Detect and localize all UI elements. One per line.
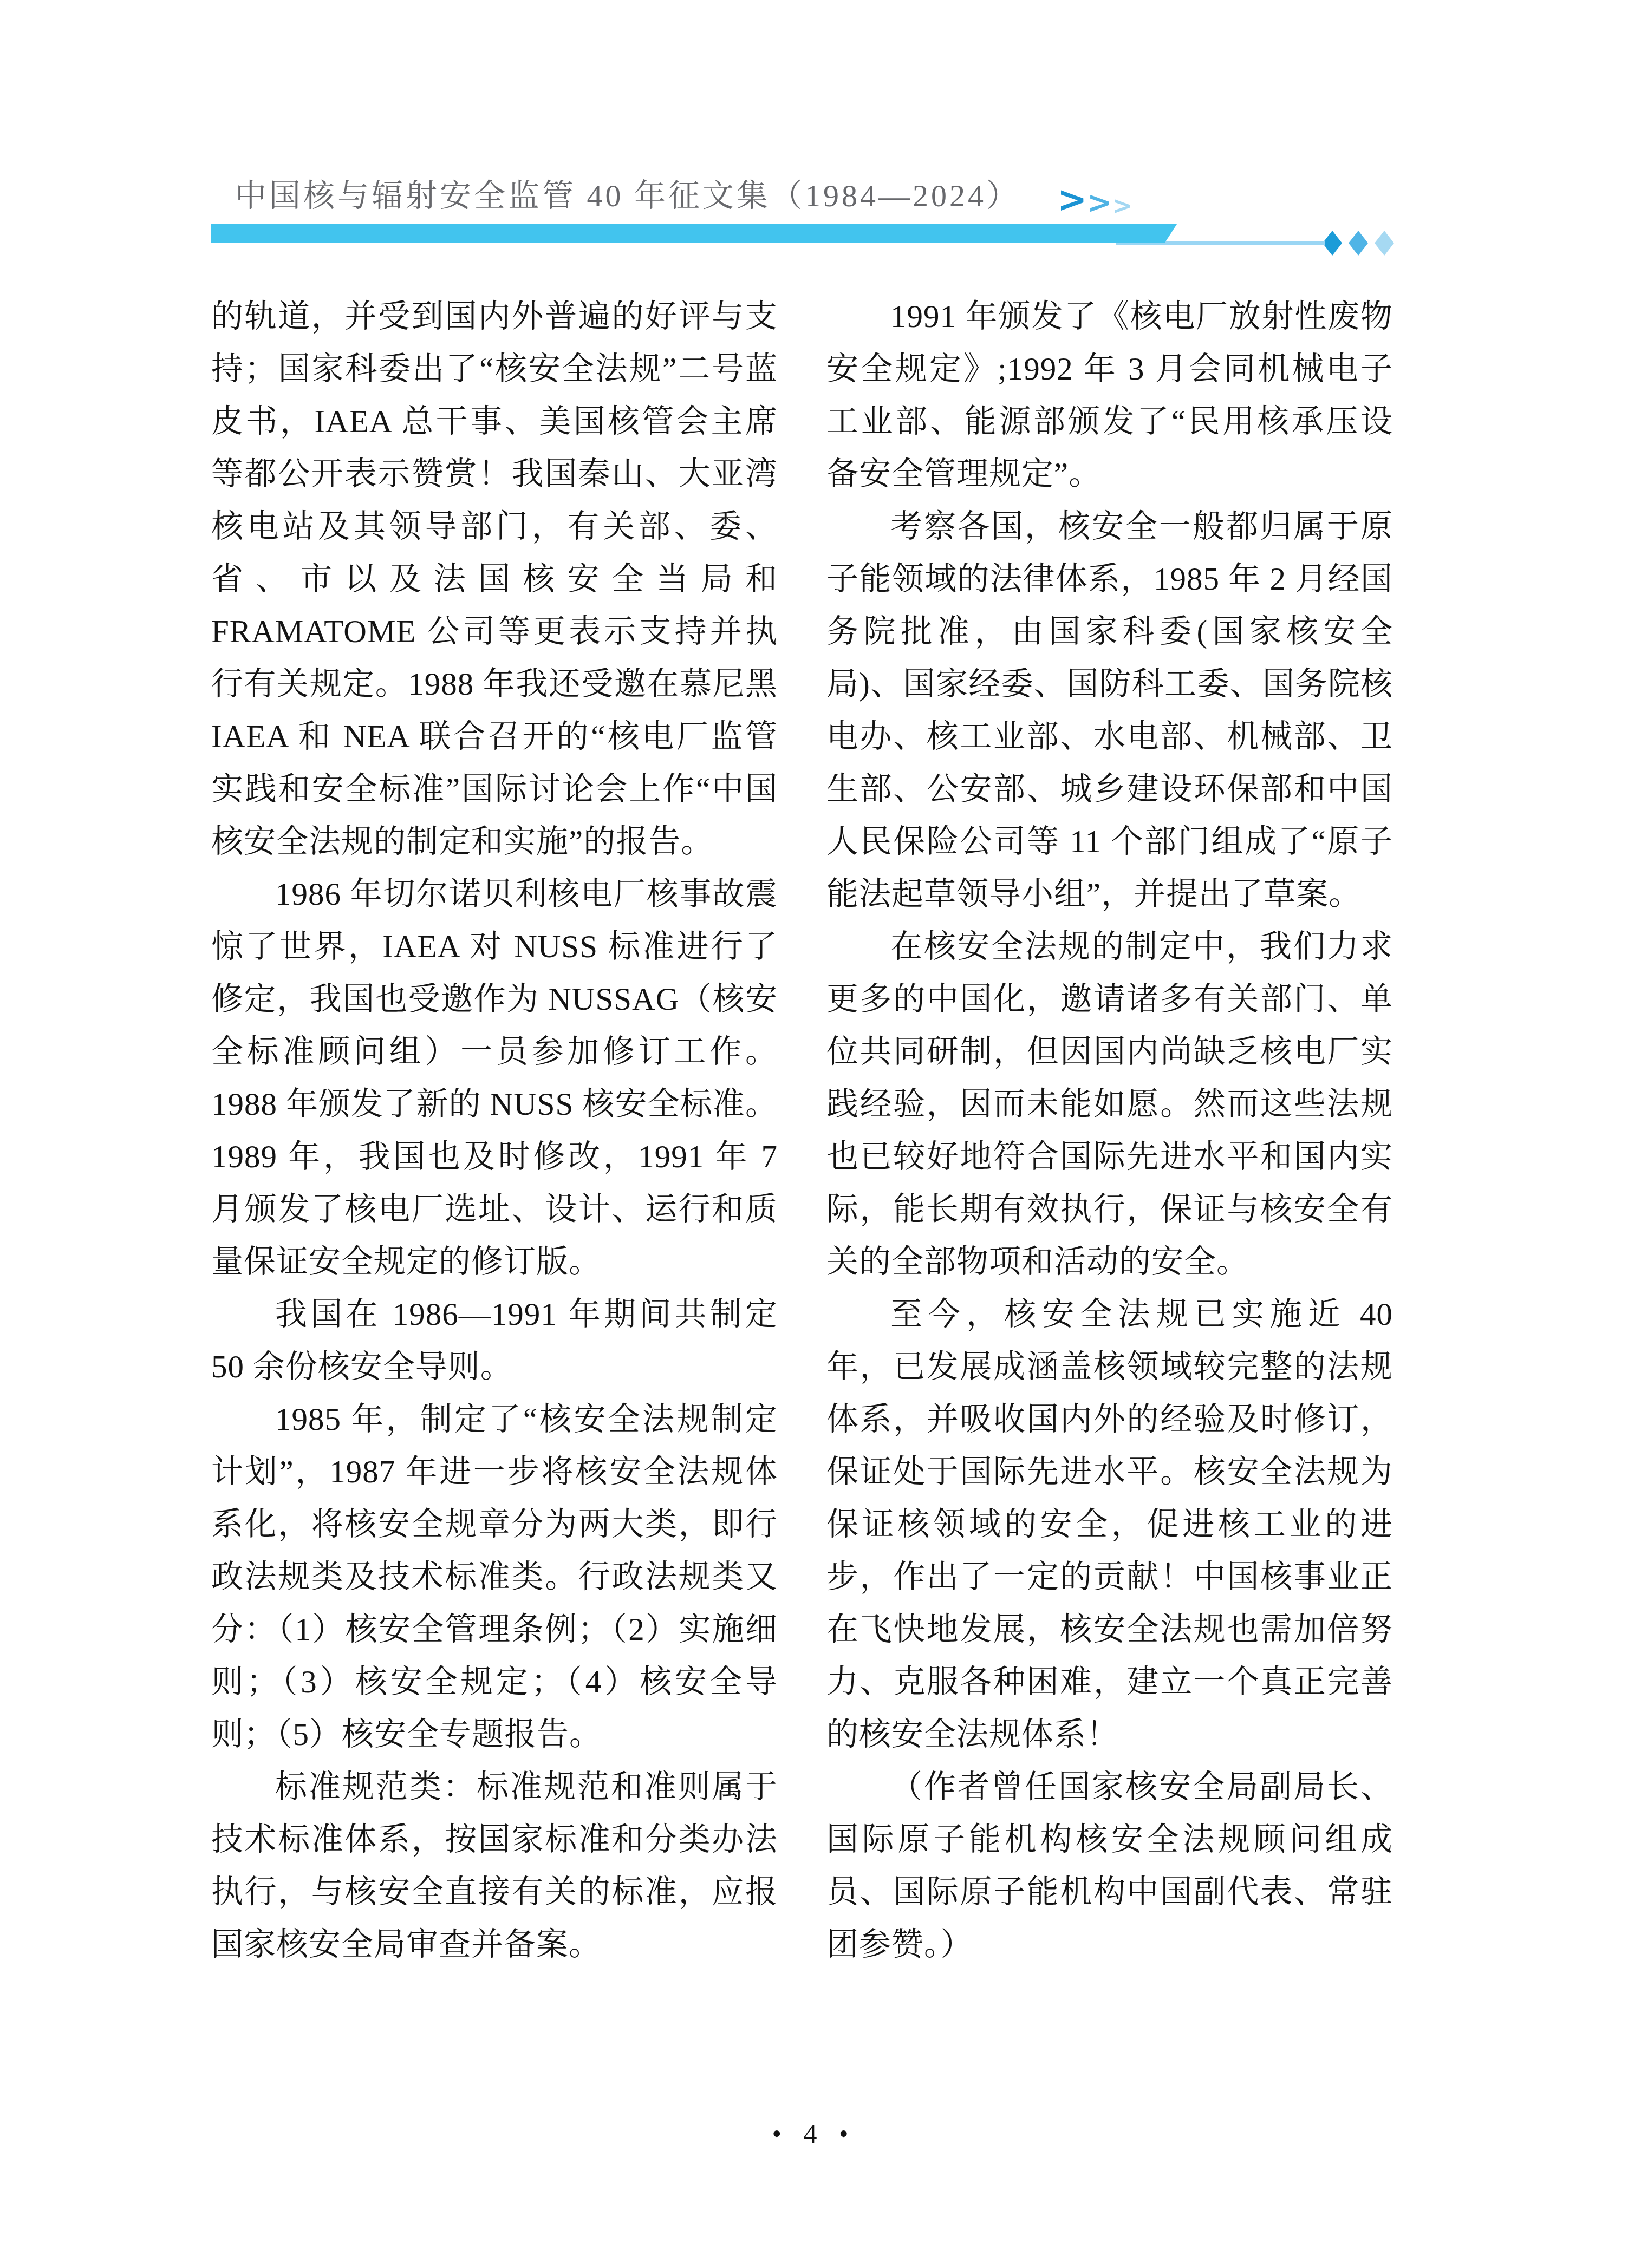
paragraph: 的轨道，并受到国内外普遍的好评与支持；国家科委出了“核安全法规”二号蓝皮书，IA…: [211, 290, 778, 868]
paragraph: 1985 年，制定了“核安全法规制定计划”，1987 年进一步将核安全法规体系化…: [211, 1393, 778, 1761]
diamond-icon: [1375, 231, 1394, 256]
paragraph: 1986 年切尔诺贝利核电厂核事故震惊了世界，IAEA 对 NUSS 标准进行了…: [211, 868, 778, 1288]
paragraph: 标准规范类：标准规范和准则属于技术标准体系，按国家标准和分类办法执行，与核安全直…: [211, 1761, 778, 1971]
page-header-title: 中国核与辐射安全监管 40 年征文集（1984—2024）: [235, 177, 1020, 215]
paragraph: （作者曾任国家核安全局副局长、国际原子能机构核安全法规顾问组成员、国际原子能机构…: [826, 1761, 1393, 1971]
text-column-right: 1991 年颁发了《核电厂放射性废物安全规定》;1992 年 3 月会同机械电子…: [826, 290, 1393, 1971]
paragraph: 在核安全法规的制定中，我们力求更多的中国化，邀请诸多有关部门、单位共同研制，但因…: [826, 920, 1393, 1288]
paragraph: 我国在 1986—1991 年期间共制定 50 余份核安全导则。: [211, 1288, 778, 1393]
document-page: { "header": { "title": "中国核与辐射安全监管 40 年征…: [0, 0, 1628, 2268]
paragraph: 1991 年颁发了《核电厂放射性废物安全规定》;1992 年 3 月会同机械电子…: [826, 290, 1393, 500]
text-column-left: 的轨道，并受到国内外普遍的好评与支持；国家科委出了“核安全法规”二号蓝皮书，IA…: [211, 290, 778, 1971]
chevron-right-icon: >: [1087, 189, 1112, 217]
page-number: • 4 •: [0, 2118, 1628, 2149]
paragraph: 考察各国，核安全一般都归属于原子能领域的法律体系，1985 年 2 月经国务院批…: [826, 500, 1393, 920]
diamond-icon: [1349, 231, 1368, 256]
chevron-right-icon: >: [1057, 184, 1087, 217]
diamond-icon: [1323, 231, 1342, 256]
chevron-right-icon: >: [1112, 194, 1132, 217]
paragraph: 至今，核安全法规已实施近 40 年，已发展成涵盖核领域较完整的法规体系，并吸收国…: [826, 1288, 1393, 1761]
chevrons-decoration: > > >: [1057, 185, 1132, 217]
header-bar-decoration: [211, 224, 1177, 243]
